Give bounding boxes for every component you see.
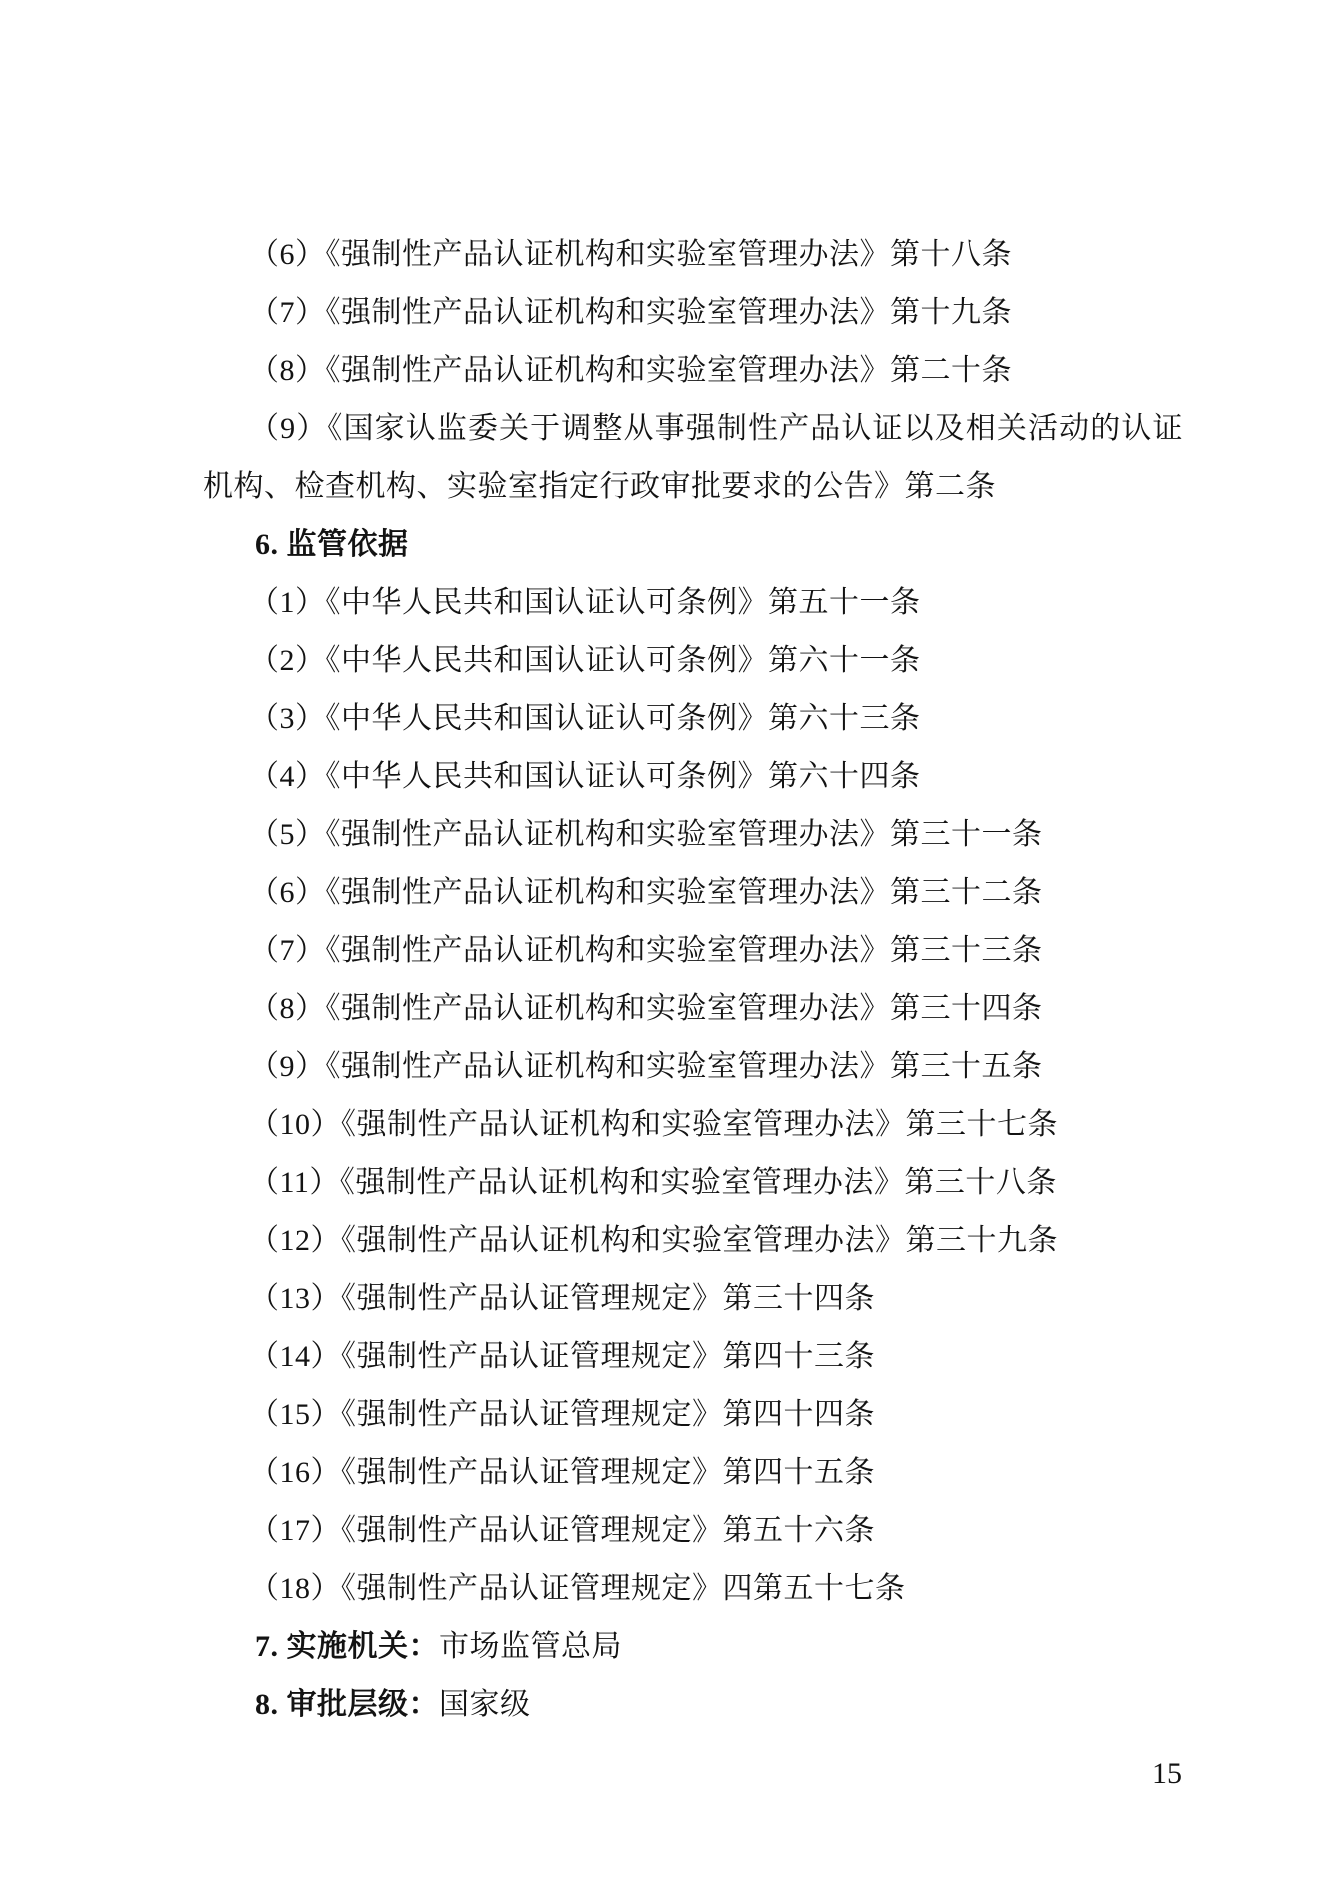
list-item: （10）《强制性产品认证机构和实验室管理办法》第三十七条 [203, 1096, 1183, 1154]
list-item: （18）《强制性产品认证管理规定》四第五十七条 [203, 1560, 1183, 1618]
list-item: （8）《强制性产品认证机构和实验室管理办法》第二十条 [203, 342, 1183, 400]
list-item: （9）《强制性产品认证机构和实验室管理办法》第三十五条 [203, 1038, 1183, 1096]
list-item: （6）《强制性产品认证机构和实验室管理办法》第十八条 [203, 226, 1183, 284]
list-item: （3）《中华人民共和国认证认可条例》第六十三条 [203, 690, 1183, 748]
paragraph-line: （9）《国家认监委关于调整从事强制性产品认证以及相关活动的认证 [203, 400, 1183, 458]
entry-label: 7. 实施机关： [255, 1630, 439, 1663]
list-item: （13）《强制性产品认证管理规定》第三十四条 [203, 1270, 1183, 1328]
list-item: （1）《中华人民共和国认证认可条例》第五十一条 [203, 574, 1183, 632]
list-item: （7）《强制性产品认证机构和实验室管理办法》第三十三条 [203, 922, 1183, 980]
document-page: （6）《强制性产品认证机构和实验室管理办法》第十八条 （7）《强制性产品认证机构… [0, 0, 1339, 1890]
page-number: 15 [1152, 1756, 1182, 1792]
entry-implementing-authority: 7. 实施机关：市场监管总局 [203, 1618, 1183, 1676]
list-item: （7）《强制性产品认证机构和实验室管理办法》第十九条 [203, 284, 1183, 342]
section-heading: 6. 监管依据 [203, 516, 1183, 574]
list-item: （14）《强制性产品认证管理规定》第四十三条 [203, 1328, 1183, 1386]
list-item: （11）《强制性产品认证机构和实验室管理办法》第三十八条 [203, 1154, 1183, 1212]
document-body: （6）《强制性产品认证机构和实验室管理办法》第十八条 （7）《强制性产品认证机构… [203, 226, 1183, 1734]
list-item: （17）《强制性产品认证管理规定》第五十六条 [203, 1502, 1183, 1560]
entry-label: 8. 审批层级： [255, 1688, 439, 1721]
list-item: （5）《强制性产品认证机构和实验室管理办法》第三十一条 [203, 806, 1183, 864]
list-item: （16）《强制性产品认证管理规定》第四十五条 [203, 1444, 1183, 1502]
list-item: （8）《强制性产品认证机构和实验室管理办法》第三十四条 [203, 980, 1183, 1038]
paragraph-line: 机构、检查机构、实验室指定行政审批要求的公告》第二条 [203, 458, 1183, 516]
entry-value: 市场监管总局 [439, 1630, 622, 1663]
entry-approval-level: 8. 审批层级：国家级 [203, 1676, 1183, 1734]
list-item: （12）《强制性产品认证机构和实验室管理办法》第三十九条 [203, 1212, 1183, 1270]
list-item: （6）《强制性产品认证机构和实验室管理办法》第三十二条 [203, 864, 1183, 922]
entry-value: 国家级 [439, 1688, 531, 1721]
list-item: （2）《中华人民共和国认证认可条例》第六十一条 [203, 632, 1183, 690]
list-item: （15）《强制性产品认证管理规定》第四十四条 [203, 1386, 1183, 1444]
list-item: （4）《中华人民共和国认证认可条例》第六十四条 [203, 748, 1183, 806]
